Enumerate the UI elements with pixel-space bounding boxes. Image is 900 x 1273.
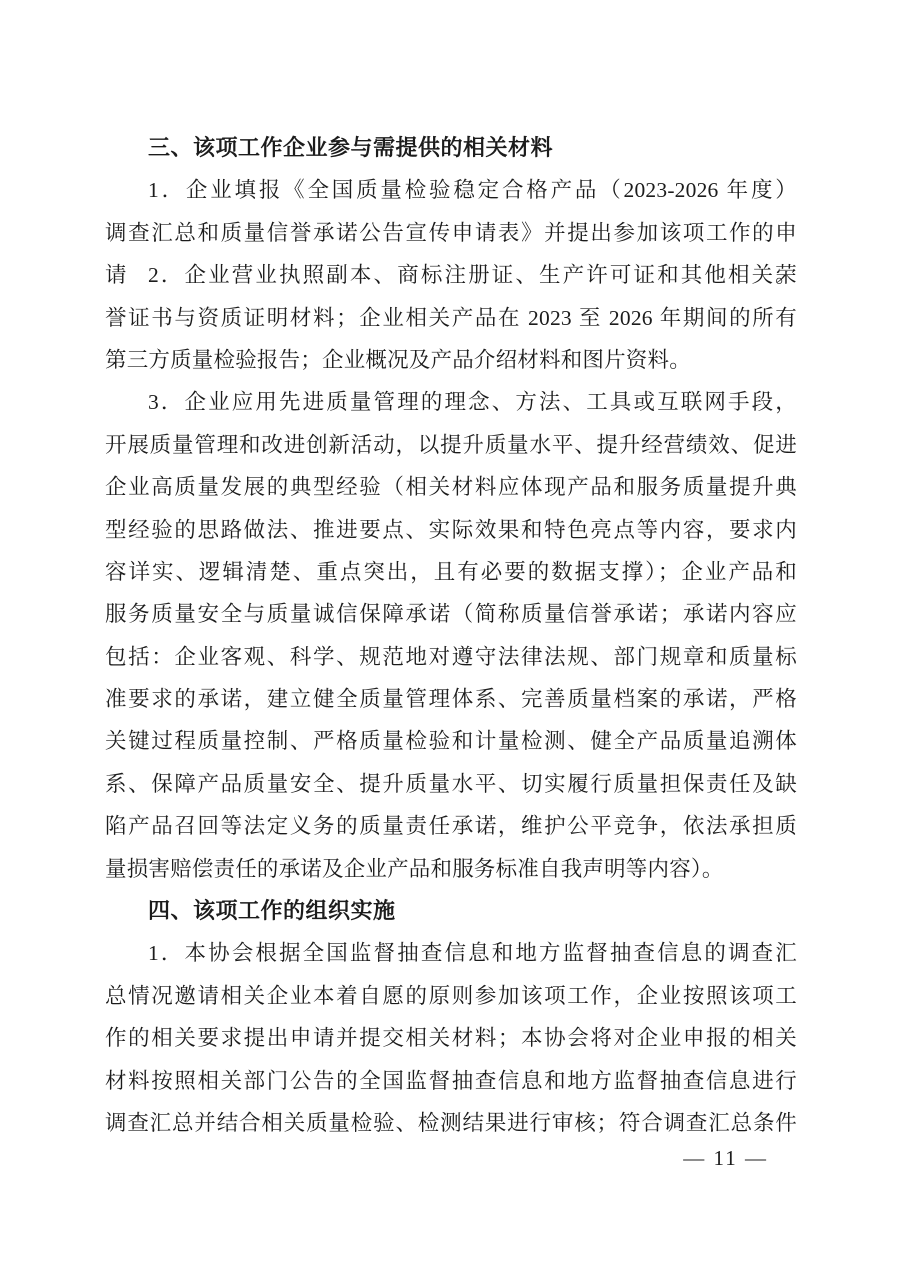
doc-line: 总情况邀请相关企业本着自愿的原则参加该项工作，企业按照该项工 bbox=[105, 975, 797, 1017]
doc-line: 陷产品召回等法定义务的质量责任承诺，维护公平竞争，依法承担质 bbox=[105, 805, 797, 847]
doc-line: 包括：企业客观、科学、规范地对遵守法律法规、部门规章和质量标 bbox=[105, 636, 797, 678]
document-page: 三、该项工作企业参与需提供的相关材料 1．企业填报《全国质量检验稳定合格产品（2… bbox=[0, 0, 900, 1273]
doc-line: 量损害赔偿责任的承诺及企业产品和服务标准自我声明等内容）。 bbox=[105, 848, 797, 890]
doc-line: 准要求的承诺，建立健全质量管理体系、完善质量档案的承诺，严格 bbox=[105, 678, 797, 720]
doc-line: 作的相关要求提出申请并提交相关材料；本协会将对企业申报的相关 bbox=[105, 1017, 797, 1059]
doc-line: 誉证书与资质证明材料；企业相关产品在 2023 至 2026 年期间的所有 bbox=[105, 297, 797, 339]
doc-line: 企业高质量发展的典型经验（相关材料应体现产品和服务质量提升典 bbox=[105, 466, 797, 508]
doc-line: 开展质量管理和改进创新活动，以提升质量水平、提升经营绩效、促进 bbox=[105, 424, 797, 466]
doc-line: 型经验的思路做法、推进要点、实际效果和特色亮点等内容，要求内 bbox=[105, 509, 797, 551]
doc-line: 关键过程质量控制、严格质量检验和计量检测、健全产品质量追溯体 bbox=[105, 720, 797, 762]
section-heading-4: 四、该项工作的组织实施 bbox=[105, 890, 797, 932]
doc-line: 第三方质量检验报告；企业概况及产品介绍材料和图片资料。 bbox=[105, 339, 797, 381]
doc-line: 服务质量安全与质量诚信保障承诺（简称质量信誉承诺；承诺内容应 bbox=[105, 593, 797, 635]
doc-line: 调查汇总并结合相关质量检验、检测结果进行审核；符合调查汇总条件 bbox=[105, 1102, 797, 1144]
doc-line: 2．企业营业执照副本、商标注册证、生产许可证和其他相关荣 bbox=[105, 254, 797, 296]
document-body: 三、该项工作企业参与需提供的相关材料 1．企业填报《全国质量检验稳定合格产品（2… bbox=[105, 127, 797, 1144]
doc-line: 1．企业填报《全国质量检验稳定合格产品（2023-2026 年度） bbox=[105, 169, 797, 211]
section-heading-3: 三、该项工作企业参与需提供的相关材料 bbox=[105, 127, 797, 169]
doc-line: 调查汇总和质量信誉承诺公告宣传申请表》并提出参加该项工作的申请。 bbox=[105, 212, 797, 254]
doc-line: 3．企业应用先进质量管理的理念、方法、工具或互联网手段， bbox=[105, 381, 797, 423]
doc-line: 容详实、逻辑清楚、重点突出，且有必要的数据支撑）；企业产品和 bbox=[105, 551, 797, 593]
doc-line: 系、保障产品质量安全、提升质量水平、切实履行质量担保责任及缺 bbox=[105, 763, 797, 805]
page-number: — 11 — bbox=[683, 1143, 768, 1173]
doc-line: 材料按照相关部门公告的全国监督抽查信息和地方监督抽查信息进行 bbox=[105, 1060, 797, 1102]
doc-line: 1．本协会根据全国监督抽查信息和地方监督抽查信息的调查汇 bbox=[105, 932, 797, 974]
